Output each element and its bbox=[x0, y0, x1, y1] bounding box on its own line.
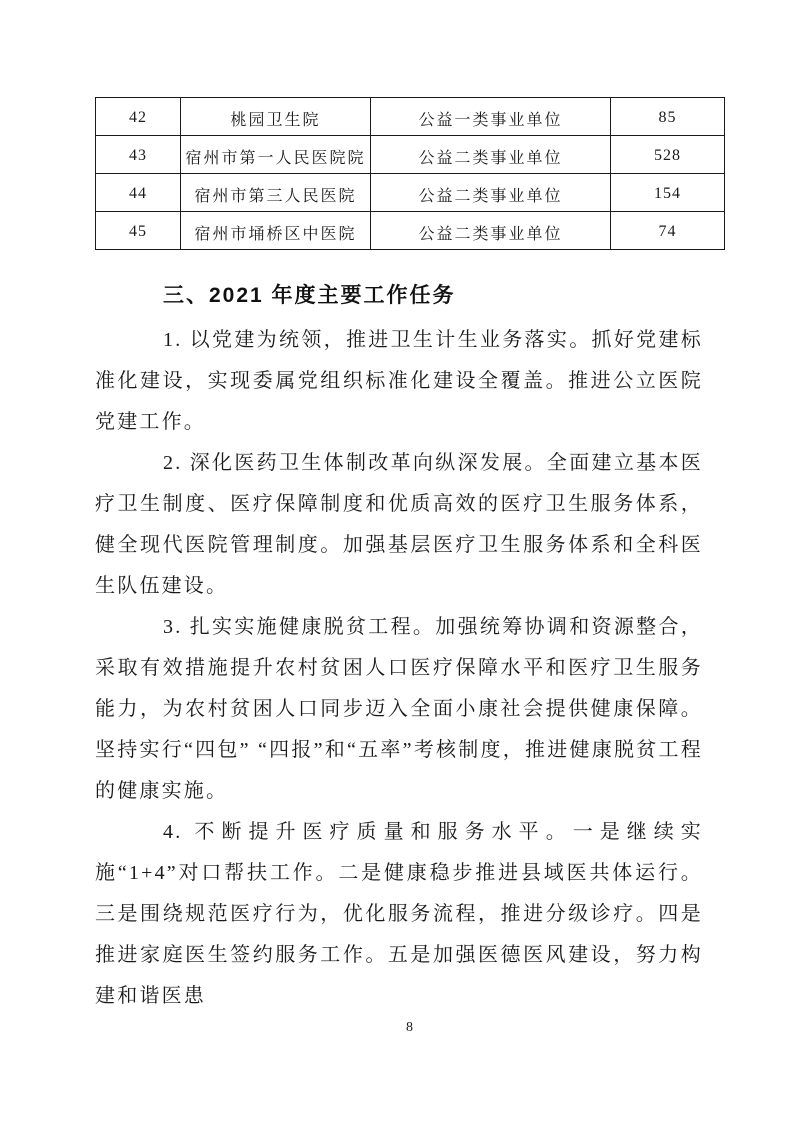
section-heading: 三、2021 年度主要工作任务 bbox=[95, 281, 724, 311]
paragraph-1: 1. 以党建为统领，推进卫生计生业务落实。抓好党建标准化建设，实现委属党组织标准… bbox=[95, 320, 703, 443]
cell-unit-type: 公益二类事业单位 bbox=[371, 212, 611, 250]
body-text: 1. 以党建为统领，推进卫生计生业务落实。抓好党建标准化建设，实现委属党组织标准… bbox=[95, 320, 703, 1017]
cell-unit-type: 公益一类事业单位 bbox=[371, 98, 611, 136]
table-row: 43 宿州市第一人民医院院 公益二类事业单位 528 bbox=[96, 136, 725, 174]
institutions-table: 42 桃园卫生院 公益一类事业单位 85 43 宿州市第一人民医院院 公益二类事… bbox=[95, 97, 725, 250]
paragraph-2: 2. 深化医药卫生体制改革向纵深发展。全面建立基本医疗卫生制度、医疗保障制度和优… bbox=[95, 443, 703, 607]
cell-row-number: 44 bbox=[96, 174, 181, 212]
cell-row-number: 42 bbox=[96, 98, 181, 136]
paragraph-3: 3. 扎实实施健康脱贫工程。加强统筹协调和资源整合，采取有效措施提升农村贫困人口… bbox=[95, 607, 703, 812]
cell-institution-name: 桃园卫生院 bbox=[181, 98, 371, 136]
page-number: 8 bbox=[95, 1020, 724, 1036]
cell-staff-count: 85 bbox=[611, 98, 725, 136]
document-page: 42 桃园卫生院 公益一类事业单位 85 43 宿州市第一人民医院院 公益二类事… bbox=[0, 0, 793, 1122]
table-row: 45 宿州市埇桥区中医院 公益二类事业单位 74 bbox=[96, 212, 725, 250]
cell-staff-count: 528 bbox=[611, 136, 725, 174]
cell-unit-type: 公益二类事业单位 bbox=[371, 174, 611, 212]
cell-staff-count: 74 bbox=[611, 212, 725, 250]
paragraph-4: 4. 不断提升医疗质量和服务水平。一是继续实施“1+4”对口帮扶工作。二是健康稳… bbox=[95, 812, 703, 1017]
cell-institution-name: 宿州市第一人民医院院 bbox=[181, 136, 371, 174]
table-row: 42 桃园卫生院 公益一类事业单位 85 bbox=[96, 98, 725, 136]
table-row: 44 宿州市第三人民医院 公益二类事业单位 154 bbox=[96, 174, 725, 212]
cell-staff-count: 154 bbox=[611, 174, 725, 212]
cell-row-number: 45 bbox=[96, 212, 181, 250]
cell-institution-name: 宿州市第三人民医院 bbox=[181, 174, 371, 212]
cell-institution-name: 宿州市埇桥区中医院 bbox=[181, 212, 371, 250]
cell-unit-type: 公益二类事业单位 bbox=[371, 136, 611, 174]
cell-row-number: 43 bbox=[96, 136, 181, 174]
